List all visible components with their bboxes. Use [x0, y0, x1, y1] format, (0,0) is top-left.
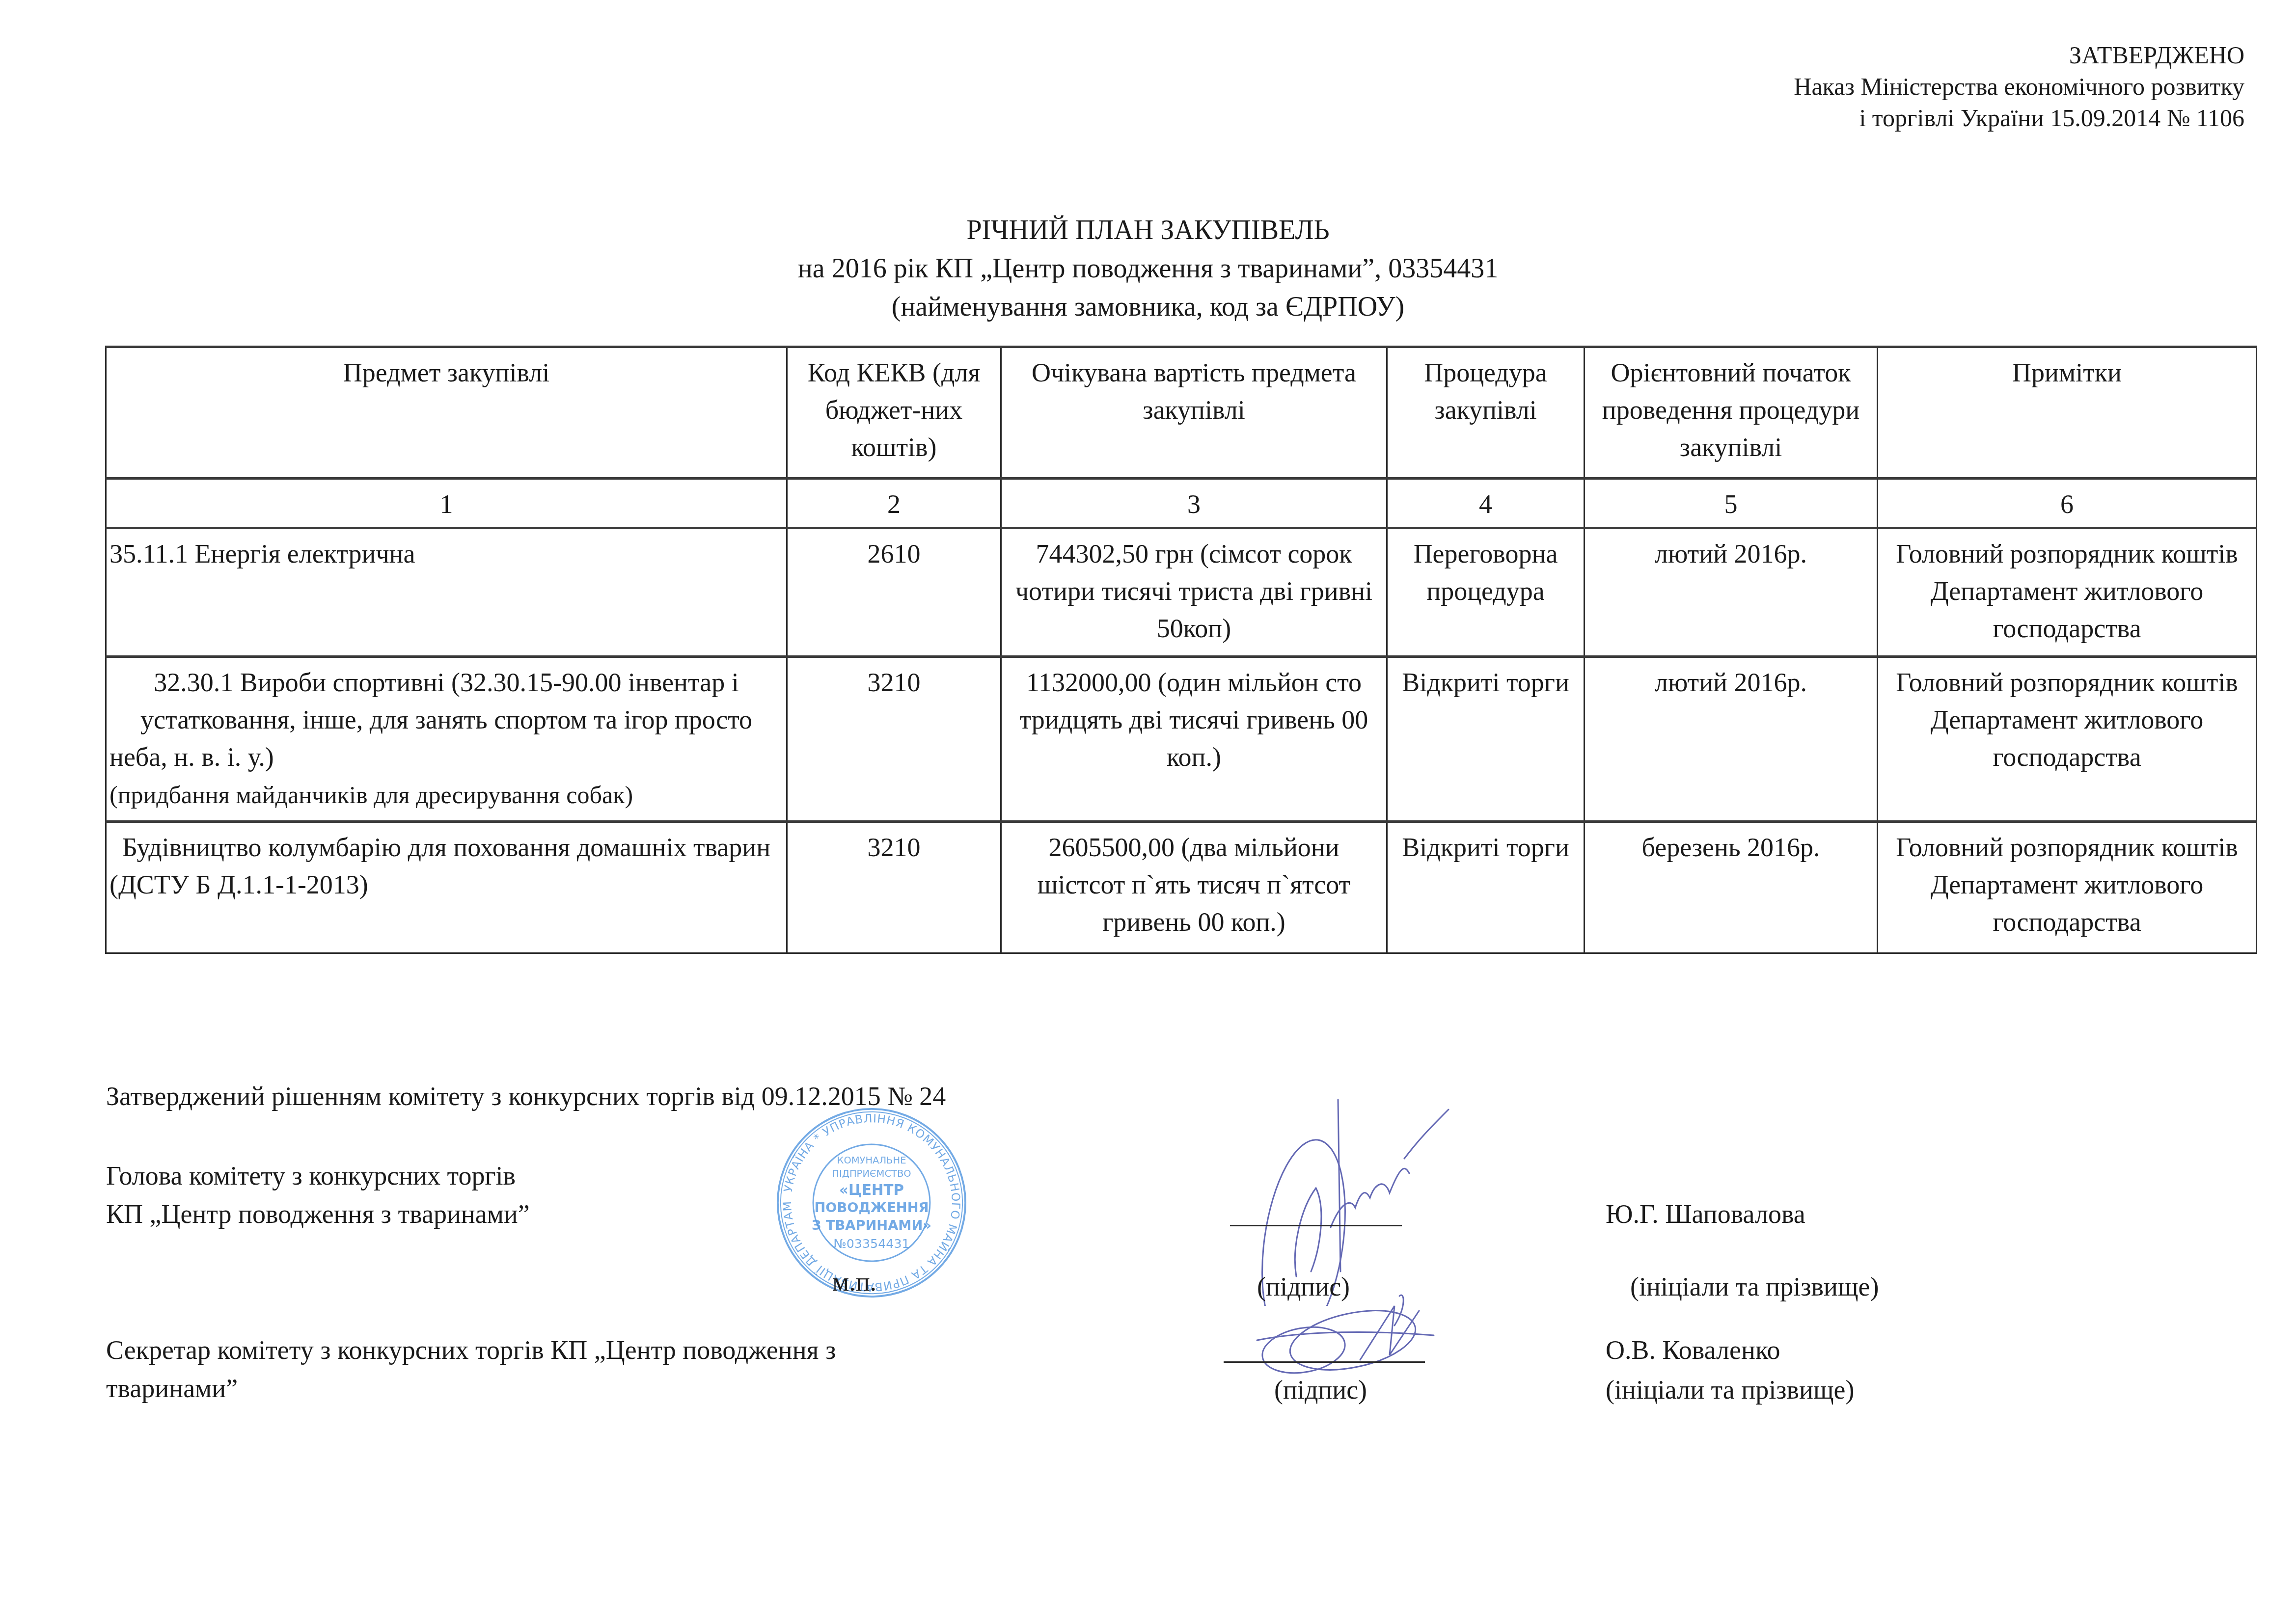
document-title-block: РІЧНИЙ ПЛАН ЗАКУПІВЕЛЬ на 2016 рік КП „Ц… [0, 211, 2296, 326]
cell-subject-note: (придбання майданчиків для дресирування … [109, 781, 633, 809]
chair-title-line1: Голова комітету з конкурсних торгів [106, 1160, 516, 1192]
header-kekv: Код КЕКВ (для бюджет-них коштів) [787, 347, 1001, 479]
approval-block: ЗАТВЕРДЖЕНО Наказ Міністерства економічн… [1794, 39, 2244, 134]
cell-notes: Головний розпорядник коштів Департамент … [1878, 822, 2257, 953]
chair-name: Ю.Г. Шаповалова [1606, 1198, 1805, 1230]
chair-name-caption: (ініціали та прізвище) [1630, 1271, 1879, 1302]
secretary-title-line1: Секретар комітету з конкурсних торгів КП… [106, 1334, 836, 1366]
secretary-signature [1247, 1286, 1453, 1380]
cell-subject: 35.11.1 Енергія електрична [106, 528, 787, 657]
cell-kekv: 3210 [787, 657, 1001, 822]
column-number: 2 [787, 479, 1001, 528]
column-number: 1 [106, 479, 787, 528]
document-subtitle: на 2016 рік КП „Центр поводження з твари… [0, 249, 2296, 288]
cell-procedure: Відкриті торги [1387, 657, 1585, 822]
secretary-name: О.В. Коваленко [1606, 1334, 1780, 1366]
cell-subject: 32.30.1 Вироби спортивні (32.30.15-90.00… [106, 657, 787, 822]
stamp-inner-line2: ПІДПРИЄМСТВО [832, 1168, 911, 1179]
stamp-inner-line4: ПОВОДЖЕННЯ [814, 1201, 929, 1216]
header-cost: Очікувана вартість предмета закупівлі [1001, 347, 1387, 479]
stamp-inner-line5: З ТВАРИНАМИ» [812, 1218, 931, 1233]
cell-notes: Головний розпорядник коштів Департамент … [1878, 657, 2257, 822]
cell-procedure: Переговорна процедура [1387, 528, 1585, 657]
table-row: 35.11.1 Енергія електрична 2610 744302,5… [106, 528, 2257, 657]
cell-procedure: Відкриті торги [1387, 822, 1585, 953]
table-row: Будівництво колумбарію для поховання дом… [106, 822, 2257, 953]
cell-cost: 2605500,00 (два мільйони шістсот п`ять т… [1001, 822, 1387, 953]
stamp-inner-code: №03354431 [833, 1236, 909, 1251]
chair-title-line2: КП „Центр поводження з тваринами” [106, 1198, 530, 1230]
cell-start: березень 2016р. [1585, 822, 1878, 953]
cell-cost: 744302,50 грн (сімсот сорок чотири тисяч… [1001, 528, 1387, 657]
cell-start: лютий 2016р. [1585, 528, 1878, 657]
procurement-plan-table: Предмет закупівлі Код КЕКВ (для бюджет-н… [105, 346, 2257, 954]
table-header-row: Предмет закупівлі Код КЕКВ (для бюджет-н… [106, 347, 2257, 479]
secretary-name-caption: (ініціали та прізвище) [1606, 1375, 1854, 1405]
cell-kekv: 2610 [787, 528, 1001, 657]
approval-order-line2: і торгівлі України 15.09.2014 № 1106 [1794, 102, 2244, 134]
secretary-signature-line [1224, 1361, 1425, 1363]
stamp-inner-line3: «ЦЕНТР [839, 1182, 904, 1198]
approval-order-line1: Наказ Міністерства економічного розвитку [1794, 71, 2244, 102]
header-subject: Предмет закупівлі [106, 347, 787, 479]
header-procedure: Процедура закупівлі [1387, 347, 1585, 479]
secretary-title-line2: тваринами” [106, 1372, 238, 1405]
column-number: 6 [1878, 479, 2257, 528]
column-number: 3 [1001, 479, 1387, 528]
column-number-row: 1 2 3 4 5 6 [106, 479, 2257, 528]
document-title: РІЧНИЙ ПЛАН ЗАКУПІВЕЛЬ [0, 211, 2296, 249]
approval-title: ЗАТВЕРДЖЕНО [1794, 39, 2244, 71]
column-number: 4 [1387, 479, 1585, 528]
stamp-inner-line1: КОМУНАЛЬНЕ [837, 1155, 906, 1166]
header-notes: Примітки [1878, 347, 2257, 479]
chair-signature-line [1230, 1225, 1402, 1226]
stamp-place-label: м.п. [832, 1267, 876, 1297]
cell-kekv: 3210 [787, 822, 1001, 953]
table-row: 32.30.1 Вироби спортивні (32.30.15-90.00… [106, 657, 2257, 822]
cell-cost: 1132000,00 (один мільйон сто тридцять дв… [1001, 657, 1387, 822]
header-start: Орієнтовний початок проведення процедури… [1585, 347, 1878, 479]
cell-notes: Головний розпорядник коштів Департамент … [1878, 528, 2257, 657]
secretary-signature-caption: (підпис) [1274, 1375, 1367, 1405]
cell-start: лютий 2016р. [1585, 657, 1878, 822]
column-number: 5 [1585, 479, 1878, 528]
cell-subject: Будівництво колумбарію для поховання дом… [106, 822, 787, 953]
document-title-note: (найменування замовника, код за ЄДРПОУ) [0, 288, 2296, 326]
